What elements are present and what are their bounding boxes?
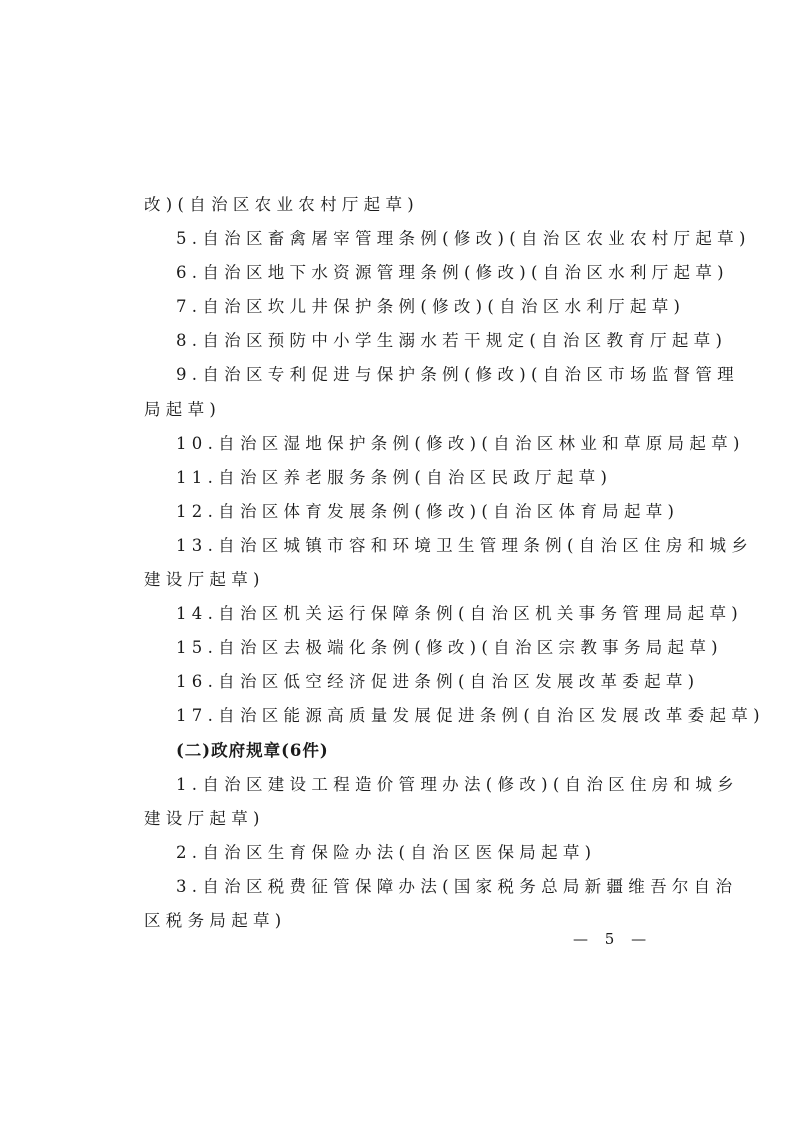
regulation-item-1: 1.自治区建设工程造价管理办法(修改)(自治区住房和城乡 (144, 768, 652, 802)
list-item-16: 16.自治区低空经济促进条例(自治区发展改革委起草) (144, 665, 652, 699)
list-item-6: 6.自治区地下水资源管理条例(修改)(自治区水利厅起草) (144, 256, 652, 290)
list-item-7: 7.自治区坎儿井保护条例(修改)(自治区水利厅起草) (144, 290, 652, 324)
regulation-item-3: 3.自治区税费征管保障办法(国家税务总局新疆维吾尔自治 (144, 870, 652, 904)
continuation-line: 局起草) (144, 393, 652, 427)
page-number: — 5 — (573, 930, 652, 948)
list-item-15: 15.自治区去极端化条例(修改)(自治区宗教事务局起草) (144, 631, 652, 665)
regulation-item-2: 2.自治区生育保险办法(自治区医保局起草) (144, 836, 652, 870)
list-item-11: 11.自治区养老服务条例(自治区民政厅起草) (144, 461, 652, 495)
list-item-14: 14.自治区机关运行保障条例(自治区机关事务管理局起草) (144, 597, 652, 631)
list-item-17: 17.自治区能源高质量发展促进条例(自治区发展改革委起草) (144, 699, 652, 733)
continuation-line: 建设厅起草) (144, 563, 652, 597)
list-item-10: 10.自治区湿地保护条例(修改)(自治区林业和草原局起草) (144, 427, 652, 461)
list-item-12: 12.自治区体育发展条例(修改)(自治区体育局起草) (144, 495, 652, 529)
list-item-5: 5.自治区畜禽屠宰管理条例(修改)(自治区农业农村厅起草) (144, 222, 652, 256)
document-page: 改)(自治区农业农村厅起草) 5.自治区畜禽屠宰管理条例(修改)(自治区农业农村… (0, 0, 793, 1122)
section-heading-government-regulations: (二)政府规章(6件) (144, 734, 652, 768)
list-item-13: 13.自治区城镇市容和环境卫生管理条例(自治区住房和城乡 (144, 529, 652, 563)
continuation-line: 建设厅起草) (144, 802, 652, 836)
document-body: 改)(自治区农业农村厅起草) 5.自治区畜禽屠宰管理条例(修改)(自治区农业农村… (144, 188, 652, 938)
continuation-line: 改)(自治区农业农村厅起草) (144, 188, 652, 222)
list-item-9: 9.自治区专利促进与保护条例(修改)(自治区市场监督管理 (144, 358, 652, 392)
list-item-8: 8.自治区预防中小学生溺水若干规定(自治区教育厅起草) (144, 324, 652, 358)
